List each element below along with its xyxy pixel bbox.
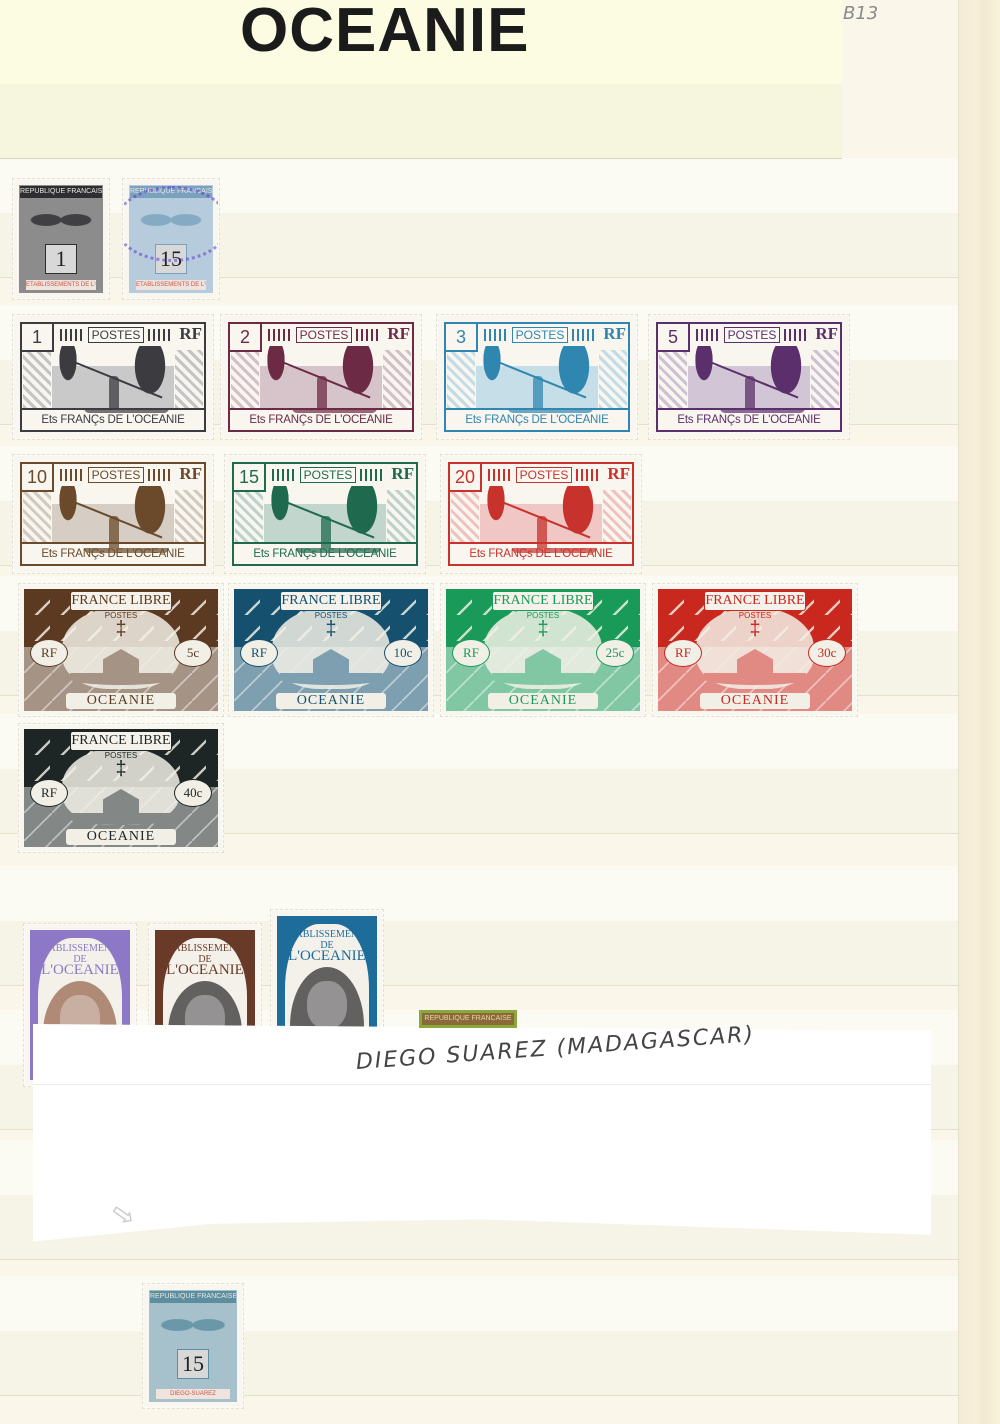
stamp-bars — [268, 329, 292, 341]
canoe-icon — [70, 813, 172, 825]
stamp-inscription: Ets FRANÇs DE L'OCEANIE — [658, 408, 840, 430]
stamp-country-name: OCEANIE — [276, 693, 386, 709]
stamp-label: ETABLISSEMENTS DE L'OCEANIE — [136, 280, 206, 290]
stamp-postes-band: POSTES — [484, 324, 596, 346]
fisherman-icon — [317, 376, 327, 408]
stamp-pattern — [231, 350, 259, 408]
lorraine-cross-icon: ‡ — [749, 619, 760, 639]
stamp-top-inscription: REPUBLIQUE FRANCAISE — [20, 186, 102, 198]
stamp-libre-10c[interactable]: FRANCE LIBREPOSTES‡RF10cOCEANIE — [230, 585, 432, 715]
stamp-value: 3 — [446, 324, 478, 352]
fisherman-icon — [533, 376, 543, 408]
stamp-libre-5c[interactable]: FRANCE LIBREPOSTES‡RF5cOCEANIE — [20, 585, 222, 715]
album-spine — [958, 0, 1000, 1424]
stamp-line-3: L'OCEANIE — [272, 951, 382, 962]
stamp-rf-monogram: RF — [391, 464, 414, 484]
palm-tree-icon — [688, 346, 728, 416]
stamp-postes-band: POSTES — [60, 464, 172, 486]
stamp-ribbon: FRANCE LIBRE — [70, 591, 172, 611]
stamp-inscription: Ets FRANÇs DE L'OCEANIE — [234, 542, 416, 564]
stamp-rf-monogram: RF — [815, 324, 838, 344]
stamp-postes-band: POSTES — [488, 464, 600, 486]
stamp-groupe-15[interactable]: REPUBLIQUE FRANCAISE15ETABLISSEMENTS DE … — [124, 180, 218, 298]
stamp-inscription: Ets FRANÇs DE L'OCEANIE — [22, 542, 204, 564]
stamp-bars — [488, 469, 512, 481]
stamp-inscription: Ets FRANÇs DE L'OCEANIE — [22, 408, 204, 430]
stamp-bars — [784, 329, 808, 341]
stamp-line-1: ETABLISSEMENTS — [284, 929, 370, 940]
allegory-figures-icon — [24, 200, 98, 240]
stamp-libre-25c[interactable]: FRANCE LIBREPOSTES‡RF25cOCEANIE — [442, 585, 644, 715]
stamp-fisher-5[interactable]: 5POSTESRFEts FRANÇs DE L'OCEANIE — [650, 316, 848, 438]
stamp-pattern — [811, 350, 839, 408]
stamp-label: ETABLISSEMENTS DE L'OCEANIE — [26, 280, 96, 290]
stamp-inscription: Ets FRANÇs DE L'OCEANIE — [230, 408, 412, 430]
stamp-bars — [696, 329, 720, 341]
stamp-bars — [148, 329, 172, 341]
stamp-bars — [576, 469, 600, 481]
stamp-ribbon: FRANCE LIBRE — [704, 591, 806, 611]
stamp-country-name: OCEANIE — [488, 693, 598, 709]
stamp-value: 15 — [177, 1349, 209, 1379]
stamp-postes: POSTES — [724, 327, 781, 343]
lorraine-cross-icon: ‡ — [115, 619, 126, 639]
stamp-postes-band: POSTES — [696, 324, 808, 346]
stamp-inscription: Ets FRANÇs DE L'OCEANIE — [446, 408, 628, 430]
fisherman-icon — [745, 376, 755, 408]
stamp-rf-monogram: RF — [179, 464, 202, 484]
allegory-figures-icon — [154, 1305, 232, 1345]
tahitian-woman-portrait — [307, 981, 347, 1029]
stamp-inscription: ETABLISSEMENTSDEL'OCEANIE — [150, 943, 260, 976]
stamp-value: 5 — [658, 324, 690, 352]
stamp-inscription: ETABLISSEMENTSDEL'OCEANIE — [272, 929, 382, 962]
stamp-pattern — [659, 350, 687, 408]
palm-tree-icon — [260, 346, 300, 416]
stamp-postes: POSTES — [88, 467, 145, 483]
page-title: OCEANIE — [240, 0, 529, 62]
stamp-pattern — [599, 350, 627, 408]
stamp-rf: RF — [452, 639, 490, 667]
stamp-postes: POSTES — [88, 327, 145, 343]
stamp-libre-30c[interactable]: FRANCE LIBREPOSTES‡RF30cOCEANIE — [654, 585, 856, 715]
stamp-line-3: L'OCEANIE — [25, 965, 135, 976]
stamp-pattern — [23, 490, 51, 542]
stamp-rf: RF — [664, 639, 702, 667]
stamp-postes: POSTES — [512, 327, 569, 343]
stamp-rf: RF — [30, 639, 68, 667]
stamp-rf-monogram: RF — [607, 464, 630, 484]
stamp-value: 1 — [22, 324, 54, 352]
stamp-value: 5c — [174, 639, 212, 667]
lorraine-cross-icon: ‡ — [115, 759, 126, 779]
stamp-bars — [484, 329, 508, 341]
album-strip — [0, 866, 958, 986]
stamp-pattern — [235, 490, 263, 542]
stamp-fisher-15[interactable]: 15POSTESRFEts FRANÇs DE L'OCEANIE — [226, 456, 424, 572]
stamp-postes: POSTES — [296, 327, 353, 343]
stamp-country-name: OCEANIE — [700, 693, 810, 709]
page-reference: B13 — [843, 3, 878, 24]
stamp-postes-band: POSTES — [268, 324, 380, 346]
stamp-pattern — [447, 350, 475, 408]
stamp-value: 30c — [808, 639, 846, 667]
stamp-fisher-2[interactable]: 2POSTESRFEts FRANÇs DE L'OCEANIE — [222, 316, 420, 438]
stamp-bars — [572, 329, 596, 341]
stamp-pattern — [23, 350, 51, 408]
stamp-postes-band: POSTES — [60, 324, 172, 346]
palm-tree-icon — [52, 346, 92, 416]
stamp-inscription: ETABLISSEMENTSDEL'OCEANIE — [25, 943, 135, 976]
stamp-top-inscription: REPUBLIQUE FRANCAISE — [150, 1291, 236, 1303]
stamp-country-name: OCEANIE — [66, 693, 176, 709]
stamp-label: DIEGO-SUAREZ — [156, 1389, 230, 1399]
stamp-postes-band: POSTES — [272, 464, 384, 486]
lorraine-cross-icon: ‡ — [537, 619, 548, 639]
stamp-diego-suarez-15[interactable]: REPUBLIQUE FRANCAISE15DIEGO-SUAREZ — [144, 1285, 242, 1407]
stamp-rf-monogram: RF — [603, 324, 626, 344]
stamp-bars — [60, 469, 84, 481]
stamp-country-name: OCEANIE — [66, 829, 176, 845]
stamp-line-3: L'OCEANIE — [150, 965, 260, 976]
stamp-line-1: ETABLISSEMENTS — [37, 943, 123, 954]
stamp-bars — [148, 469, 172, 481]
stamp-rf-monogram: RF — [387, 324, 410, 344]
stamp-pattern — [387, 490, 415, 542]
stamp-pattern — [451, 490, 479, 542]
stamp-value: 25c — [596, 639, 634, 667]
stamp-bars — [356, 329, 380, 341]
stamp-rf: RF — [30, 779, 68, 807]
stamp-rf-monogram: RF — [179, 324, 202, 344]
stamp-fisher-20[interactable]: 20POSTESRFEts FRANÇs DE L'OCEANIE — [442, 456, 640, 572]
stamp-value: 10c — [384, 639, 422, 667]
canoe-icon — [492, 673, 594, 685]
stamp-groupe-1[interactable]: REPUBLIQUE FRANCAISE1ETABLISSEMENTS DE L… — [14, 180, 108, 298]
stamp-libre-40c[interactable]: FRANCE LIBREPOSTES‡RF40cOCEANIE — [20, 725, 222, 851]
canoe-icon — [280, 673, 382, 685]
stamp-bars — [272, 469, 296, 481]
stamp-fisher-1[interactable]: 1POSTESRFEts FRANÇs DE L'OCEANIE — [14, 316, 212, 438]
stamp-ribbon: FRANCE LIBRE — [70, 731, 172, 751]
stamp-ribbon: FRANCE LIBRE — [492, 591, 594, 611]
stamp-fisher-10[interactable]: 10POSTESRFEts FRANÇs DE L'OCEANIE — [14, 456, 212, 572]
stamp-rf: RF — [240, 639, 278, 667]
stamp-ribbon: FRANCE LIBRE — [280, 591, 382, 611]
stamp-value: 2 — [230, 324, 262, 352]
canoe-icon — [704, 673, 806, 685]
stamp-pattern — [383, 350, 411, 408]
stamp-value: 1 — [45, 244, 77, 274]
stamp-pattern — [603, 490, 631, 542]
stamp-value: 15 — [234, 464, 266, 492]
stamp-pattern — [175, 490, 203, 542]
lorraine-cross-icon: ‡ — [325, 619, 336, 639]
stamp-postes: POSTES — [516, 467, 573, 483]
canoe-icon — [70, 673, 172, 685]
stamp-fisher-3[interactable]: 3POSTESRFEts FRANÇs DE L'OCEANIE — [438, 316, 636, 438]
stamp-fragment-text: REPUBLIQUE FRANCAISE — [422, 1013, 514, 1025]
stamp-value: 10 — [22, 464, 54, 492]
stamp-inscription: Ets FRANÇs DE L'OCEANIE — [450, 542, 632, 564]
fisherman-icon — [109, 376, 119, 408]
palm-tree-icon — [476, 346, 516, 416]
postmark-cancel — [124, 186, 218, 262]
stamp-line-1: ETABLISSEMENTS — [162, 943, 248, 954]
stamp-fragment[interactable]: REPUBLIQUE FRANCAISE — [419, 1010, 517, 1028]
stamp-value: 40c — [174, 779, 212, 807]
stamp-postes: POSTES — [300, 467, 357, 483]
stamp-bars — [60, 329, 84, 341]
stamp-pattern — [175, 350, 203, 408]
stamp-value: 20 — [450, 464, 482, 492]
stamp-bars — [360, 469, 384, 481]
